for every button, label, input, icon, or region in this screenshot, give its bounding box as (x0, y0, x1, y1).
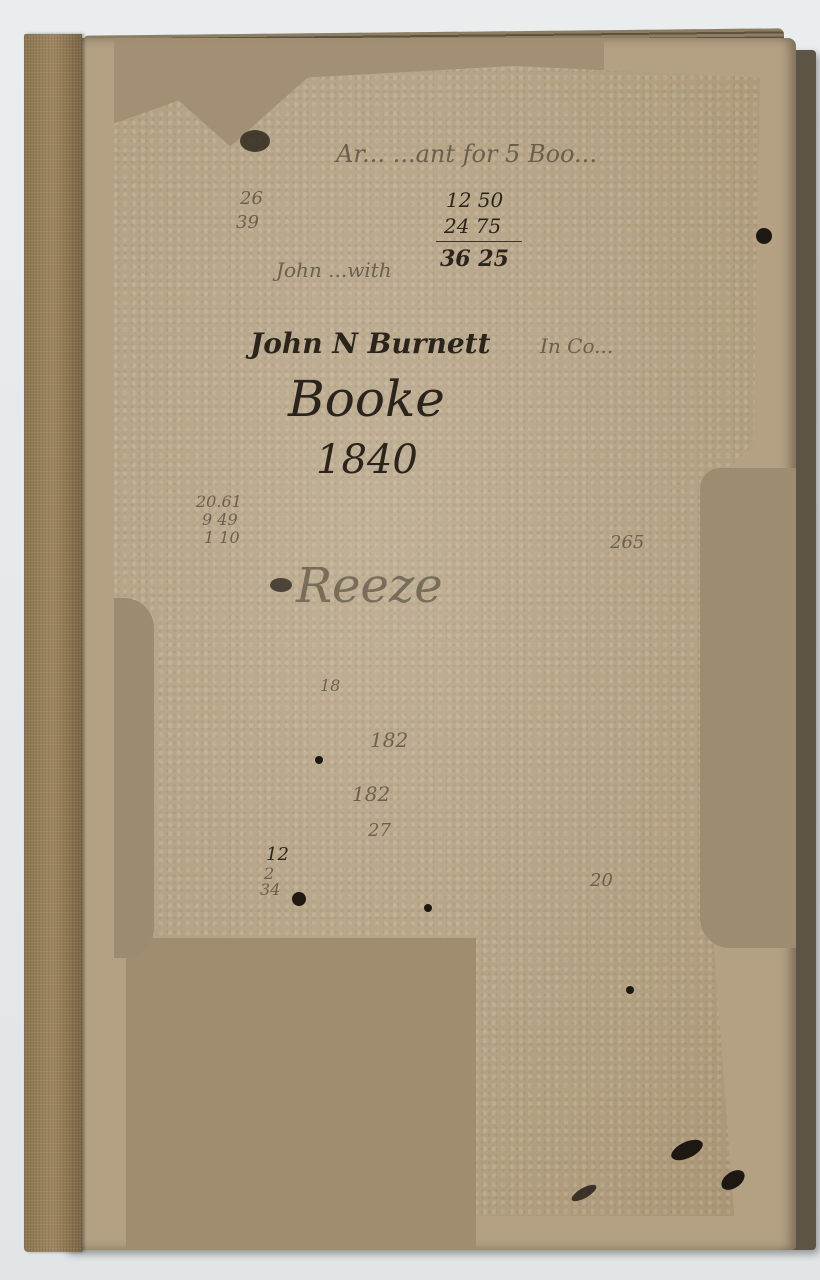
ink-blot (292, 892, 306, 906)
lower-number: 27 (368, 822, 391, 840)
paper-patch-right (700, 468, 796, 948)
sum-total: 36 25 (440, 248, 509, 270)
lower-number: 182 (352, 784, 390, 804)
lower-right-number: 20 (590, 872, 613, 890)
margin-figure: 9 49 (202, 512, 238, 528)
ink-blot (756, 228, 772, 244)
left-number: 39 (236, 214, 259, 232)
book-year: 1840 (316, 440, 418, 480)
margin-figure: 20.61 (196, 494, 242, 510)
sum-addend: 12 50 (446, 190, 503, 210)
ink-blot (270, 578, 292, 592)
name-line-faint: John ...with (276, 260, 392, 280)
paper-patch-bottom (126, 938, 476, 1250)
right-number: 265 (610, 534, 644, 552)
ink-blot (315, 756, 323, 764)
margin-figure: 1 10 (204, 530, 240, 546)
sum-rule (436, 241, 522, 242)
book: Ar... ...ant for 5 Boo... 26 39 12 50 24… (24, 30, 796, 1252)
lower-number: 18 (320, 678, 340, 694)
book-title: Booke (288, 374, 445, 424)
lower-left-number: 34 (260, 882, 280, 898)
paper-patch-left (114, 598, 154, 958)
sum-addend: 24 75 (444, 216, 501, 236)
left-number: 26 (240, 190, 263, 208)
ink-blot (626, 986, 634, 994)
front-cover: Ar... ...ant for 5 Boo... 26 39 12 50 24… (80, 38, 796, 1250)
owner-name: John N Burnett (250, 330, 491, 358)
cloth-spine (24, 34, 82, 1252)
top-inscription: Ar... ...ant for 5 Boo... (336, 142, 597, 166)
lower-number: 182 (370, 730, 408, 750)
lower-left-number: 12 (266, 846, 289, 864)
ink-blot (424, 904, 432, 912)
flourish-signature: Reeze (296, 562, 443, 610)
ink-blot (240, 130, 270, 152)
owner-suffix: In Co... (540, 336, 613, 356)
